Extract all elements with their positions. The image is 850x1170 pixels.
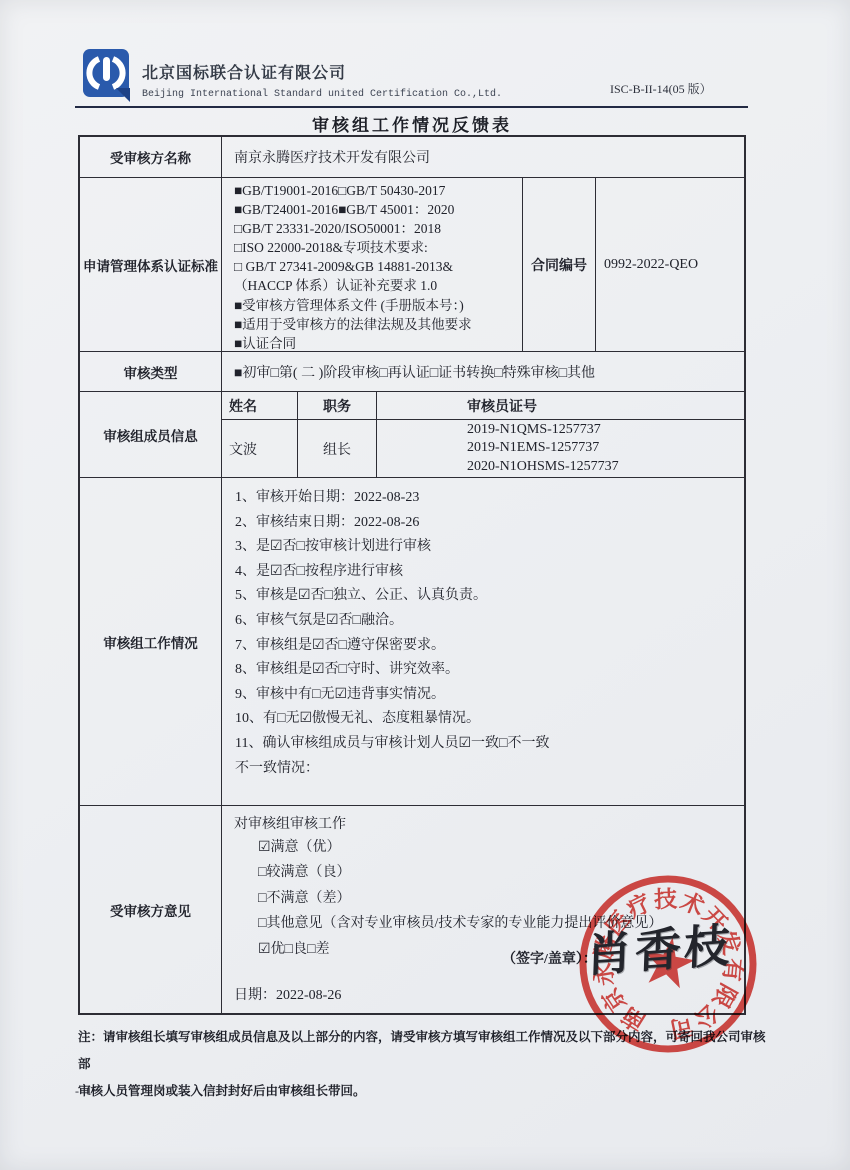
member-certs: 2019-N1QMS-12577372019-N1EMS-12577372020…: [377, 420, 744, 477]
work-item: 11、确认审核组成员与审核计划人员☑一致□不一致: [235, 732, 734, 757]
opinion-heading: 对审核组审核工作: [222, 806, 744, 833]
document-code: ISC-B-II-14(05 版）: [610, 80, 712, 97]
standards-lines: ■GB/T19001-2016□GB/T 50430-2017■GB/T2400…: [222, 178, 522, 351]
work-item: 8、审核组是☑否□守时、讲究效率。: [235, 658, 734, 683]
certification-logo-icon: [82, 48, 132, 104]
work-item-list: 1、审核开始日期：2022-08-232、审核结束日期：2022-08-263、…: [222, 478, 744, 781]
standard-line: □ GB/T 27341-2009&GB 14881-2013&: [234, 257, 522, 276]
row-team-info: 审核组成员信息 姓名 职务 审核员证号 文波 组长 2019-N1QMS-125…: [80, 391, 744, 477]
team-member-row: 文波 组长 2019-N1QMS-12577372019-N1EMS-12577…: [222, 420, 744, 477]
member-role: 组长: [298, 420, 377, 477]
company-name-cn: 北京国标联合认证有限公司: [142, 60, 346, 83]
team-header-cert: 审核员证号: [377, 392, 744, 419]
auditee-label: 受审核方名称: [80, 137, 222, 177]
work-item: 6、审核气氛是☑否□融洽。: [235, 609, 734, 634]
auditee-value: 南京永腾医疗技术开发有限公司: [222, 137, 744, 177]
opinion-option: ☑满意（优）: [258, 835, 744, 860]
member-cert-list: 2019-N1QMS-12577372019-N1EMS-12577372020…: [467, 421, 619, 477]
seal-ring-char: 司: [668, 1012, 696, 1041]
team-header-name: 姓名: [222, 392, 298, 419]
row-audit-type: 审核类型 ■初审□第( 二 )阶段审核□再认证□证书转换□特殊审核□其他: [80, 351, 744, 391]
team-info-content: 姓名 职务 审核员证号 文波 组长 2019-N1QMS-12577372019…: [222, 392, 744, 477]
standard-line: ■GB/T24001-2016■GB/T 45001：2020: [234, 200, 522, 219]
standard-line: ■受审核方管理体系文件 (手册版本号：): [234, 296, 522, 315]
certificate-number: 2020-N1OHSMS-1257737: [467, 458, 619, 477]
row-work-situation: 审核组工作情况 1、审核开始日期：2022-08-232、审核结束日期：2022…: [80, 477, 744, 805]
work-item: 7、审核组是☑否□遵守保密要求。: [235, 634, 734, 659]
audit-type-value: ■初审□第( 二 )阶段审核□再认证□证书转换□特殊审核□其他: [222, 352, 744, 391]
footer-note-line2: 审核人员管理岗或装入信封封好后由审核组长带回。: [78, 1078, 772, 1105]
audit-type-label: 审核类型: [80, 352, 222, 391]
work-item: 4、是☑否□按程序进行审核: [235, 560, 734, 585]
opinion-date: 日期：2022-08-26: [234, 984, 341, 1004]
team-info-label: 审核组成员信息: [80, 392, 222, 477]
work-item: 9、审核中有□无☑违背事实情况。: [235, 683, 734, 708]
contract-number-label: 合同编号: [522, 178, 596, 351]
certificate-number: 2019-N1QMS-1257737: [467, 421, 619, 440]
work-item: 2、审核结束日期：2022-08-26: [235, 511, 734, 536]
work-situation-content: 1、审核开始日期：2022-08-232、审核结束日期：2022-08-263、…: [222, 478, 744, 805]
opinion-label: 受审核方意见: [80, 806, 222, 1013]
standard-line: □GB/T 23331-2020/ISO50001：2018: [234, 219, 522, 238]
member-name: 文波: [222, 420, 298, 477]
standard-line: （HACCP 体系）认证补充要求 1.0: [234, 276, 522, 295]
header-divider: [75, 106, 748, 108]
standards-label: 申请管理体系认证标准: [80, 178, 222, 351]
row-auditee: 受审核方名称 南京永腾医疗技术开发有限公司: [80, 137, 744, 177]
work-item: 5、审核是☑否□独立、公正、认真负责。: [235, 584, 734, 609]
work-item: 3、是☑否□按审核计划进行审核: [235, 535, 734, 560]
work-situation-label: 审核组工作情况: [80, 478, 222, 805]
team-header-role: 职务: [298, 392, 377, 419]
form-title: 审核组工作情况反馈表: [78, 111, 746, 136]
handwritten-signature: 肖香枝: [585, 909, 734, 986]
work-item: 不一致情况：: [235, 757, 734, 782]
scanned-audit-feedback-form: { "header": { "company_cn": "北京国标联合认证有限公…: [0, 0, 850, 1170]
team-header-row: 姓名 职务 审核员证号: [222, 392, 744, 420]
contract-number-value: 0992-2022-QEO: [596, 178, 744, 351]
certificate-number: 2019-N1EMS-1257737: [467, 439, 619, 458]
standard-line: ■适用于受审核方的法律法规及其他要求: [234, 315, 522, 334]
row-standards: 申请管理体系认证标准 ■GB/T19001-2016□GB/T 50430-20…: [80, 177, 744, 351]
work-item: 1、审核开始日期：2022-08-23: [235, 486, 734, 511]
seal-ring-char: 技: [654, 887, 678, 913]
standard-line: ■认证合同: [234, 334, 522, 353]
company-name-en: Beijing International Standard united Ce…: [142, 89, 502, 100]
page-number: - 1 -: [75, 1084, 105, 1099]
standards-content: ■GB/T19001-2016□GB/T 50430-2017■GB/T2400…: [222, 178, 744, 351]
work-item: 10、有□无☑傲慢无礼、态度粗暴情况。: [235, 707, 734, 732]
standard-line: □ISO 22000-2018&专项技术要求:: [234, 238, 522, 257]
standard-line: ■GB/T19001-2016□GB/T 50430-2017: [234, 181, 522, 200]
